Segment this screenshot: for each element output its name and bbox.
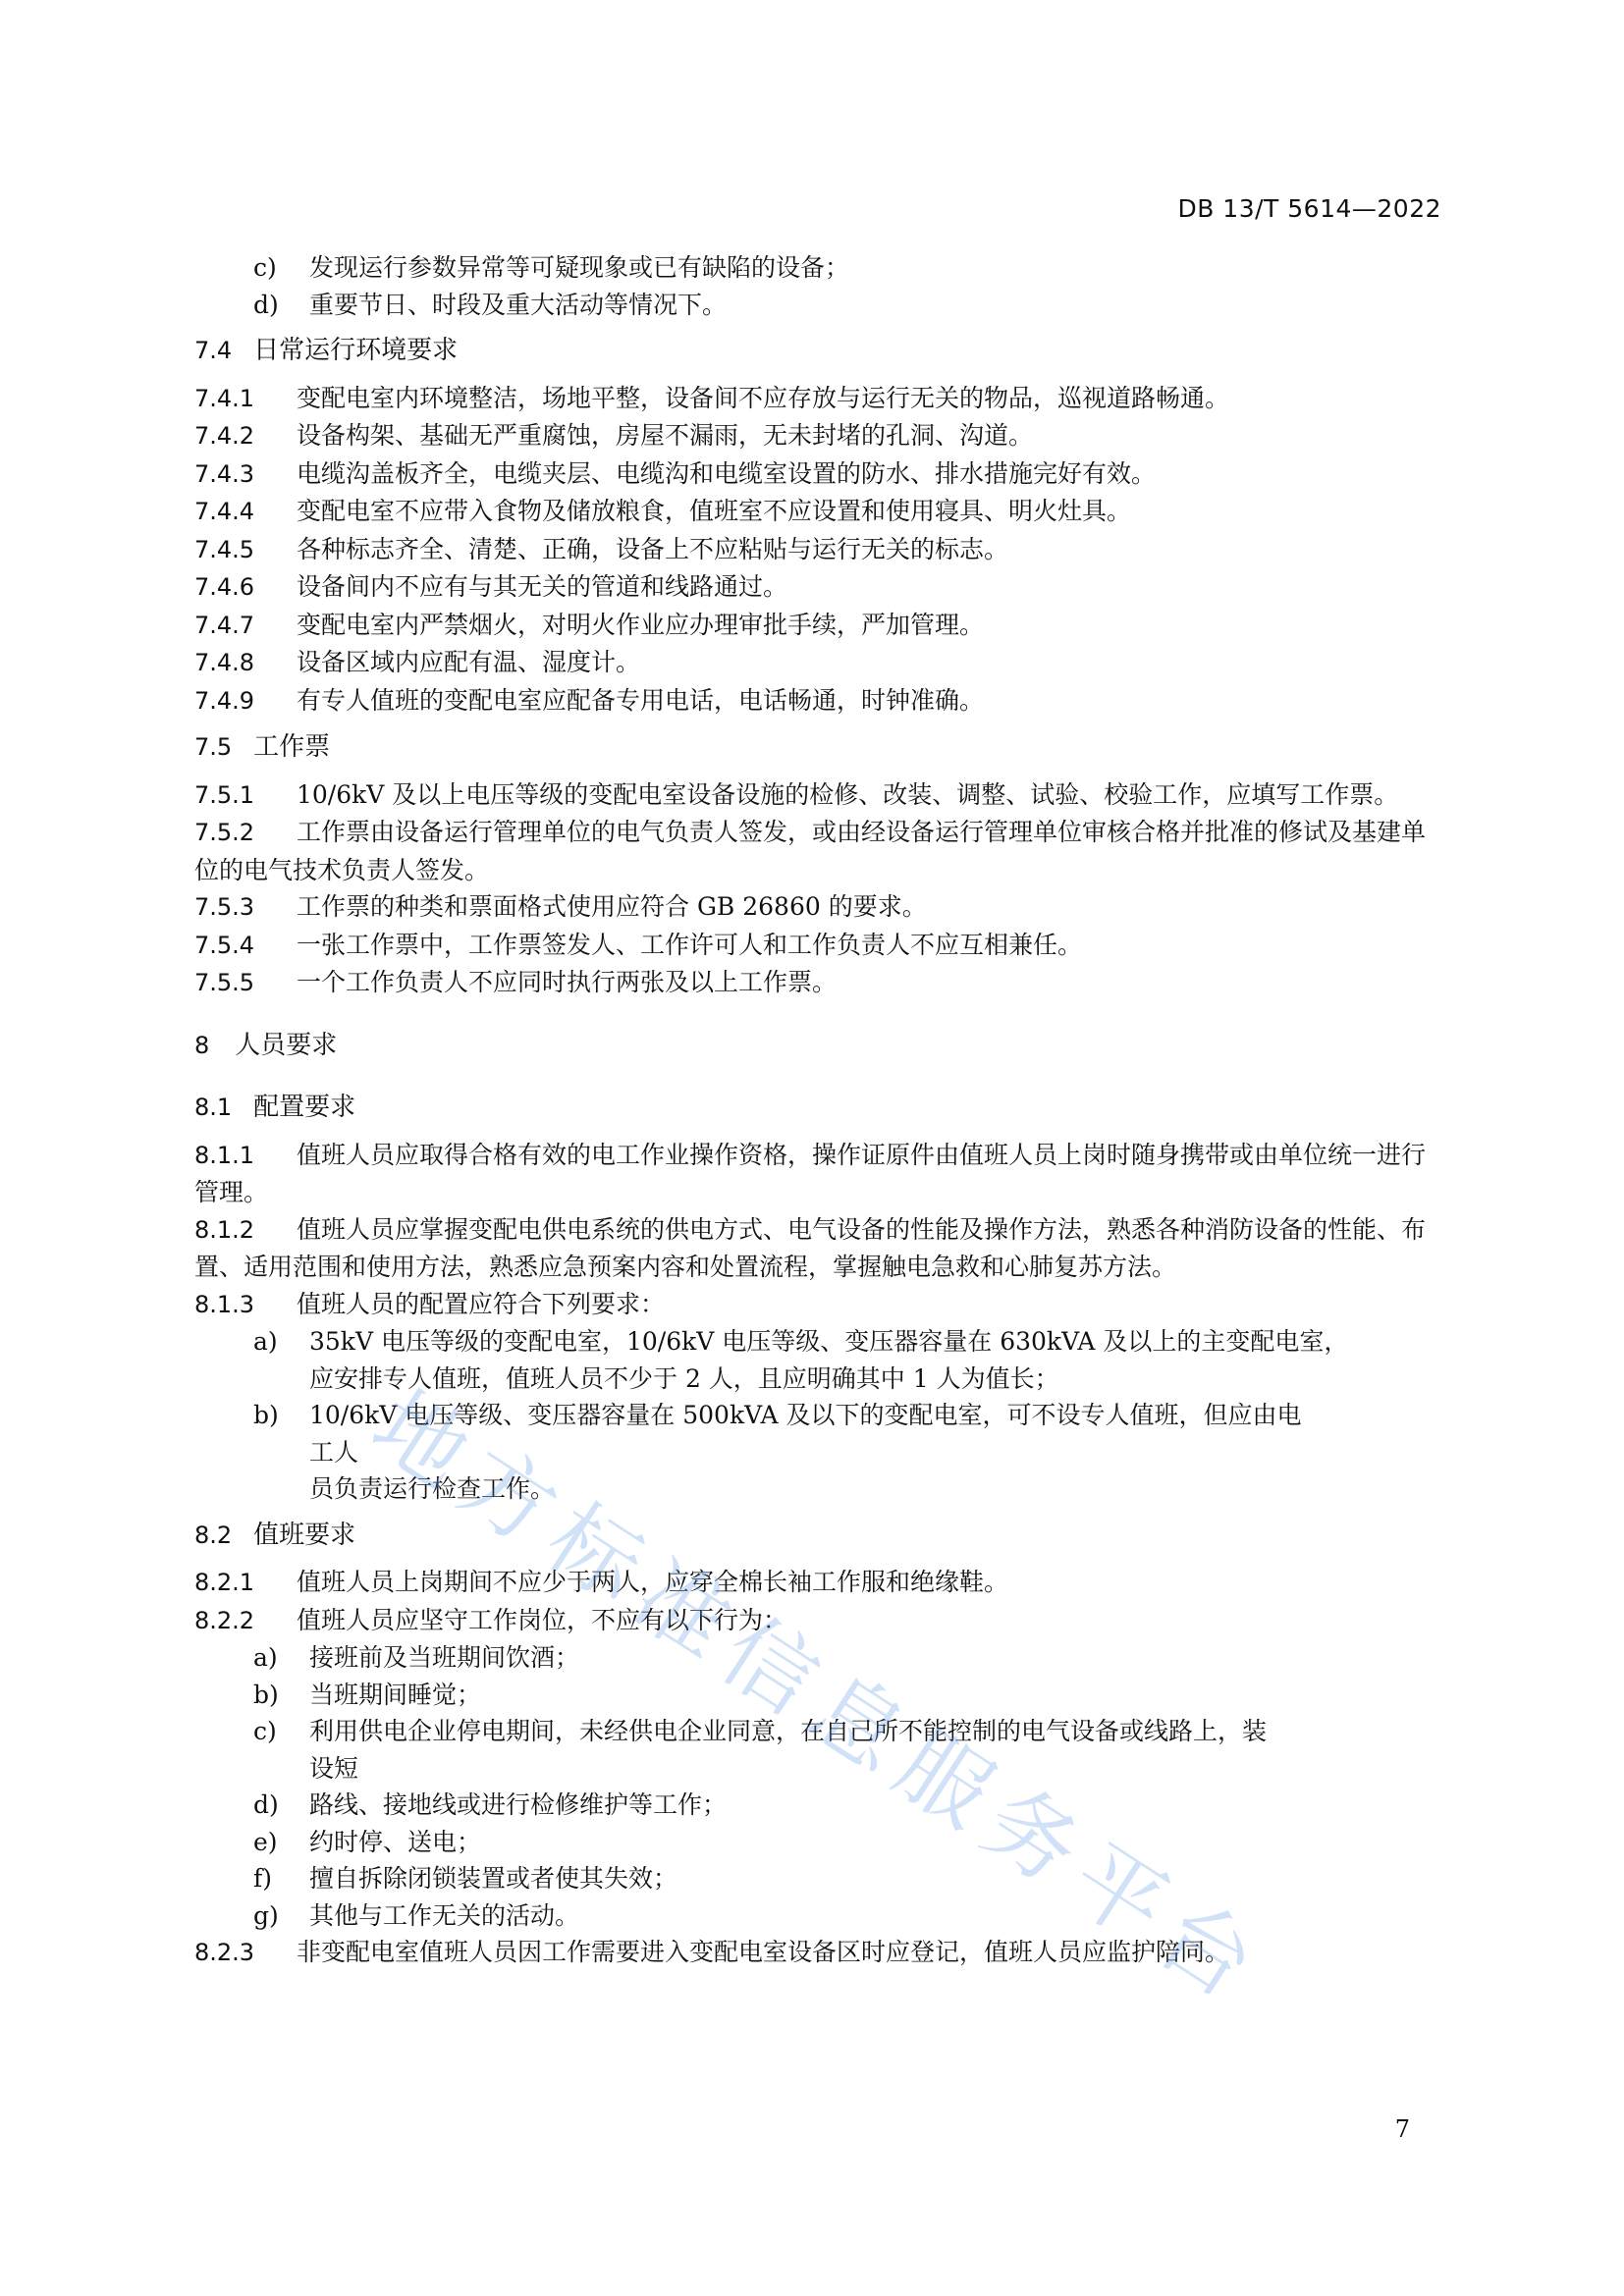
- clause-text: 值班人员上岗期间不应少于两人，应穿全棉长袖工作服和绝缘鞋。: [297, 1568, 1008, 1596]
- list-label: a): [253, 1323, 309, 1397]
- section-number: 7.4: [194, 333, 232, 370]
- clause-7-5-1: 7.5.110/6kV 及以上电压等级的变配电室设备设施的检修、改装、调整、试验…: [194, 776, 1441, 815]
- list-text: 接班前及当班期间饮酒；: [309, 1639, 1441, 1677]
- list-label: c): [253, 249, 309, 287]
- list-text: 35kV 电压等级的变配电室，10/6kV 电压等级、变压器容量在 630kVA…: [309, 1323, 1441, 1361]
- list-label: g): [253, 1897, 309, 1935]
- clause-number: 8.1.2: [194, 1212, 283, 1250]
- list-text: 10/6kV 电压等级、变压器容量在 500kVA 及以下的变配电室，可不设专人…: [309, 1397, 1441, 1434]
- list-label: d): [253, 287, 309, 324]
- chapter-number: 8: [194, 1028, 209, 1065]
- clause-number: 8.1.1: [194, 1138, 283, 1175]
- continued-list: c) 发现运行参数异常等可疑现象或已有缺陷的设备； d) 重要节日、时段及重大活…: [194, 249, 1441, 323]
- list-label: b): [253, 1397, 309, 1508]
- list-text: 应安排专人值班，值班人员不少于 2 人，且应明确其中 1 人为值长；: [309, 1361, 1441, 1398]
- clause-number: 7.4.6: [194, 569, 283, 607]
- clause-8-2-1: 8.2.1值班人员上岗期间不应少于两人，应穿全棉长袖工作服和绝缘鞋。: [194, 1564, 1441, 1602]
- clause-number: 8.2.2: [194, 1603, 283, 1640]
- clause-number: 7.4.9: [194, 683, 283, 721]
- list-item: g) 其他与工作无关的活动。: [253, 1897, 1441, 1935]
- list-label: b): [253, 1677, 309, 1714]
- standard-number: DB 13/T 5614—2022: [1177, 194, 1441, 223]
- section-title: 工作票: [253, 732, 330, 762]
- clause-number: 7.4.5: [194, 532, 283, 569]
- clause-number: 7.4.4: [194, 494, 283, 531]
- list-item: b) 10/6kV 电压等级、变压器容量在 500kVA 及以下的变配电室，可不…: [253, 1397, 1441, 1508]
- clause-7-4-5: 7.4.5各种标志齐全、清楚、正确，设备上不应粘贴与运行无关的标志。: [194, 531, 1441, 569]
- list-text: 重要节日、时段及重大活动等情况下。: [309, 287, 1441, 324]
- clause-7-4-6: 7.4.6设备间内不应有与其无关的管道和线路通过。: [194, 568, 1441, 607]
- section-heading-7-5: 7.5工作票: [194, 729, 1441, 767]
- section-heading-8-1: 8.1配置要求: [194, 1090, 1441, 1127]
- clause-7-4-7: 7.4.7变配电室内严禁烟火，对明火作业应办理审批手续，严加管理。: [194, 607, 1441, 645]
- list-text-block: 利用供电企业停电期间，未经供电企业同意，在自己所不能控制的电气设备或线路上，装 …: [309, 1713, 1441, 1787]
- clause-text: 一张工作票中，工作票签发人、工作许可人和工作负责人不应互相兼任。: [297, 931, 1082, 959]
- clause-number: 8.2.1: [194, 1565, 283, 1602]
- clause-number: 7.4.1: [194, 381, 283, 418]
- clause-7-4-8: 7.4.8设备区域内应配有温、湿度计。: [194, 644, 1441, 682]
- clause-8-1-2: 8.1.2值班人员应掌握变配电供电系统的供电方式、电气设备的性能及操作方法，熟悉…: [194, 1211, 1441, 1286]
- clause-text: 有专人值班的变配电室应配备专用电话，电话畅通，时钟准确。: [297, 686, 984, 715]
- clause-text: 变配电室内严禁烟火，对明火作业应办理审批手续，严加管理。: [297, 611, 984, 639]
- list-item: d) 路线、接地线或进行检修维护等工作；: [253, 1787, 1441, 1824]
- list-text: 当班期间睡觉；: [309, 1677, 1441, 1714]
- clause-7-4-3: 7.4.3电缆沟盖板齐全，电缆夹层、电缆沟和电缆室设置的防水、排水措施完好有效。: [194, 455, 1441, 494]
- list-label: f): [253, 1860, 309, 1897]
- clause-8-2-3: 8.2.3非变配电室值班人员因工作需要进入变配电室设备区时应登记，值班人员应监护…: [194, 1934, 1441, 1972]
- clause-number: 7.4.2: [194, 418, 283, 455]
- clause-text: 值班人员应取得合格有效的电工作业操作资格，操作证原件由值班人员上岗时随身携带或由…: [194, 1141, 1426, 1207]
- clause-text: 设备间内不应有与其无关的管道和线路通过。: [297, 572, 787, 601]
- clause-text: 设备区域内应配有温、湿度计。: [297, 648, 640, 676]
- clause-text: 设备构架、基础无严重腐蚀，房屋不漏雨，无未封堵的孔洞、沟道。: [297, 421, 1033, 450]
- clause-8-1-3-list: a) 35kV 电压等级的变配电室，10/6kV 电压等级、变压器容量在 630…: [194, 1323, 1441, 1508]
- clause-text: 电缆沟盖板齐全，电缆夹层、电缆沟和电缆室设置的防水、排水措施完好有效。: [297, 459, 1156, 488]
- section-heading-8-2: 8.2值班要求: [194, 1518, 1441, 1555]
- list-text: 设短: [309, 1750, 1441, 1788]
- document-page: DB 13/T 5614—2022 c) 发现运行参数异常等可疑现象或已有缺陷的…: [0, 0, 1624, 2296]
- clause-7-5-4: 7.5.4一张工作票中，工作票签发人、工作许可人和工作负责人不应互相兼任。: [194, 927, 1441, 965]
- clause-number: 7.5.1: [194, 777, 283, 815]
- clause-number: 8.1.3: [194, 1287, 283, 1324]
- list-item: a) 35kV 电压等级的变配电室，10/6kV 电压等级、变压器容量在 630…: [253, 1323, 1441, 1397]
- chapter-heading-8: 8人员要求: [194, 1028, 1441, 1065]
- clause-number: 7.5.2: [194, 815, 283, 852]
- clause-number: 8.2.3: [194, 1935, 283, 1972]
- list-item: f) 擅自拆除闭锁装置或者使其失效；: [253, 1860, 1441, 1897]
- clause-number: 7.4.3: [194, 456, 283, 494]
- list-text: 工人: [309, 1434, 1441, 1471]
- clause-7-4-9: 7.4.9有专人值班的变配电室应配备专用电话，电话畅通，时钟准确。: [194, 682, 1441, 721]
- list-label: d): [253, 1787, 309, 1824]
- clause-8-2-2-list: a) 接班前及当班期间饮酒； b) 当班期间睡觉； c) 利用供电企业停电期间，…: [194, 1639, 1441, 1934]
- list-item: e) 约时停、送电；: [253, 1824, 1441, 1861]
- clause-text: 一个工作负责人不应同时执行两张及以上工作票。: [297, 968, 837, 996]
- clause-number: 7.5.5: [194, 965, 283, 1002]
- list-text: 发现运行参数异常等可疑现象或已有缺陷的设备；: [309, 249, 1441, 287]
- list-label: c): [253, 1713, 309, 1787]
- clause-7-4-4: 7.4.4变配电室不应带入食物及储放粮食，值班室不应设置和使用寝具、明火灶具。: [194, 493, 1441, 531]
- clause-text: 非变配电室值班人员因工作需要进入变配电室设备区时应登记，值班人员应监护陪同。: [297, 1938, 1229, 1966]
- clause-number: 7.4.8: [194, 645, 283, 682]
- section-number: 8.2: [194, 1518, 232, 1555]
- list-label: e): [253, 1824, 309, 1861]
- clause-text: 10/6kV 及以上电压等级的变配电室设备设施的检修、改装、调整、试验、校验工作…: [297, 780, 1398, 809]
- clause-number: 7.5.3: [194, 889, 283, 927]
- clause-text: 各种标志齐全、清楚、正确，设备上不应粘贴与运行无关的标志。: [297, 535, 1008, 563]
- clause-8-1-3: 8.1.3值班人员的配置应符合下列要求：: [194, 1286, 1441, 1324]
- clause-text: 变配电室内环境整洁，场地平整，设备间不应存放与运行无关的物品，巡视道路畅通。: [297, 384, 1229, 412]
- clause-7-5-3: 7.5.3工作票的种类和票面格式使用应符合 GB 26860 的要求。: [194, 888, 1441, 927]
- clause-number: 7.4.7: [194, 608, 283, 645]
- clause-7-5-2: 7.5.2工作票由设备运行管理单位的电气负责人签发，或由经设备运行管理单位审核合…: [194, 814, 1441, 888]
- list-text: 约时停、送电；: [309, 1824, 1441, 1861]
- section-number: 8.1: [194, 1090, 232, 1127]
- chapter-title: 人员要求: [235, 1031, 337, 1060]
- list-text: 员负责运行检查工作。: [309, 1470, 1441, 1508]
- list-text-block: 35kV 电压等级的变配电室，10/6kV 电压等级、变压器容量在 630kVA…: [309, 1323, 1441, 1397]
- list-label: a): [253, 1639, 309, 1677]
- list-item: c) 利用供电企业停电期间，未经供电企业同意，在自己所不能控制的电气设备或线路上…: [253, 1713, 1441, 1787]
- list-item: b) 当班期间睡觉；: [253, 1677, 1441, 1714]
- clause-8-1-1: 8.1.1值班人员应取得合格有效的电工作业操作资格，操作证原件由值班人员上岗时随…: [194, 1137, 1441, 1211]
- page-content: c) 发现运行参数异常等可疑现象或已有缺陷的设备； d) 重要节日、时段及重大活…: [194, 249, 1441, 1972]
- clause-text: 值班人员应坚守工作岗位，不应有以下行为：: [297, 1606, 787, 1634]
- clause-text: 工作票由设备运行管理单位的电气负责人签发，或由经设备运行管理单位审核合格并批准的…: [194, 818, 1426, 884]
- section-number: 7.5: [194, 729, 232, 767]
- section-title: 值班要求: [253, 1521, 355, 1550]
- section-title: 日常运行环境要求: [253, 336, 458, 365]
- list-text: 利用供电企业停电期间，未经供电企业同意，在自己所不能控制的电气设备或线路上，装: [309, 1713, 1441, 1750]
- clause-7-4-2: 7.4.2设备构架、基础无严重腐蚀，房屋不漏雨，无未封堵的孔洞、沟道。: [194, 417, 1441, 455]
- clause-7-5-5: 7.5.5一个工作负责人不应同时执行两张及以上工作票。: [194, 964, 1441, 1002]
- clause-text: 值班人员的配置应符合下列要求：: [297, 1290, 665, 1318]
- list-text: 路线、接地线或进行检修维护等工作；: [309, 1787, 1441, 1824]
- clause-7-4-1: 7.4.1变配电室内环境整洁，场地平整，设备间不应存放与运行无关的物品，巡视道路…: [194, 380, 1441, 418]
- clause-number: 7.5.4: [194, 928, 283, 965]
- clause-8-2-2: 8.2.2值班人员应坚守工作岗位，不应有以下行为：: [194, 1602, 1441, 1640]
- clause-text: 值班人员应掌握变配电供电系统的供电方式、电气设备的性能及操作方法，熟悉各种消防设…: [194, 1215, 1426, 1282]
- list-item: a) 接班前及当班期间饮酒；: [253, 1639, 1441, 1677]
- section-title: 配置要求: [253, 1093, 355, 1122]
- section-heading-7-4: 7.4日常运行环境要求: [194, 333, 1441, 370]
- clause-text: 工作票的种类和票面格式使用应符合 GB 26860 的要求。: [297, 892, 927, 921]
- page-number: 7: [1395, 2115, 1410, 2143]
- list-text-block: 10/6kV 电压等级、变压器容量在 500kVA 及以下的变配电室，可不设专人…: [309, 1397, 1441, 1508]
- clause-text: 变配电室不应带入食物及储放粮食，值班室不应设置和使用寝具、明火灶具。: [297, 497, 1131, 525]
- list-item: c) 发现运行参数异常等可疑现象或已有缺陷的设备；: [253, 249, 1441, 287]
- list-item: d) 重要节日、时段及重大活动等情况下。: [253, 287, 1441, 324]
- list-text: 擅自拆除闭锁装置或者使其失效；: [309, 1860, 1441, 1897]
- list-text: 其他与工作无关的活动。: [309, 1897, 1441, 1935]
